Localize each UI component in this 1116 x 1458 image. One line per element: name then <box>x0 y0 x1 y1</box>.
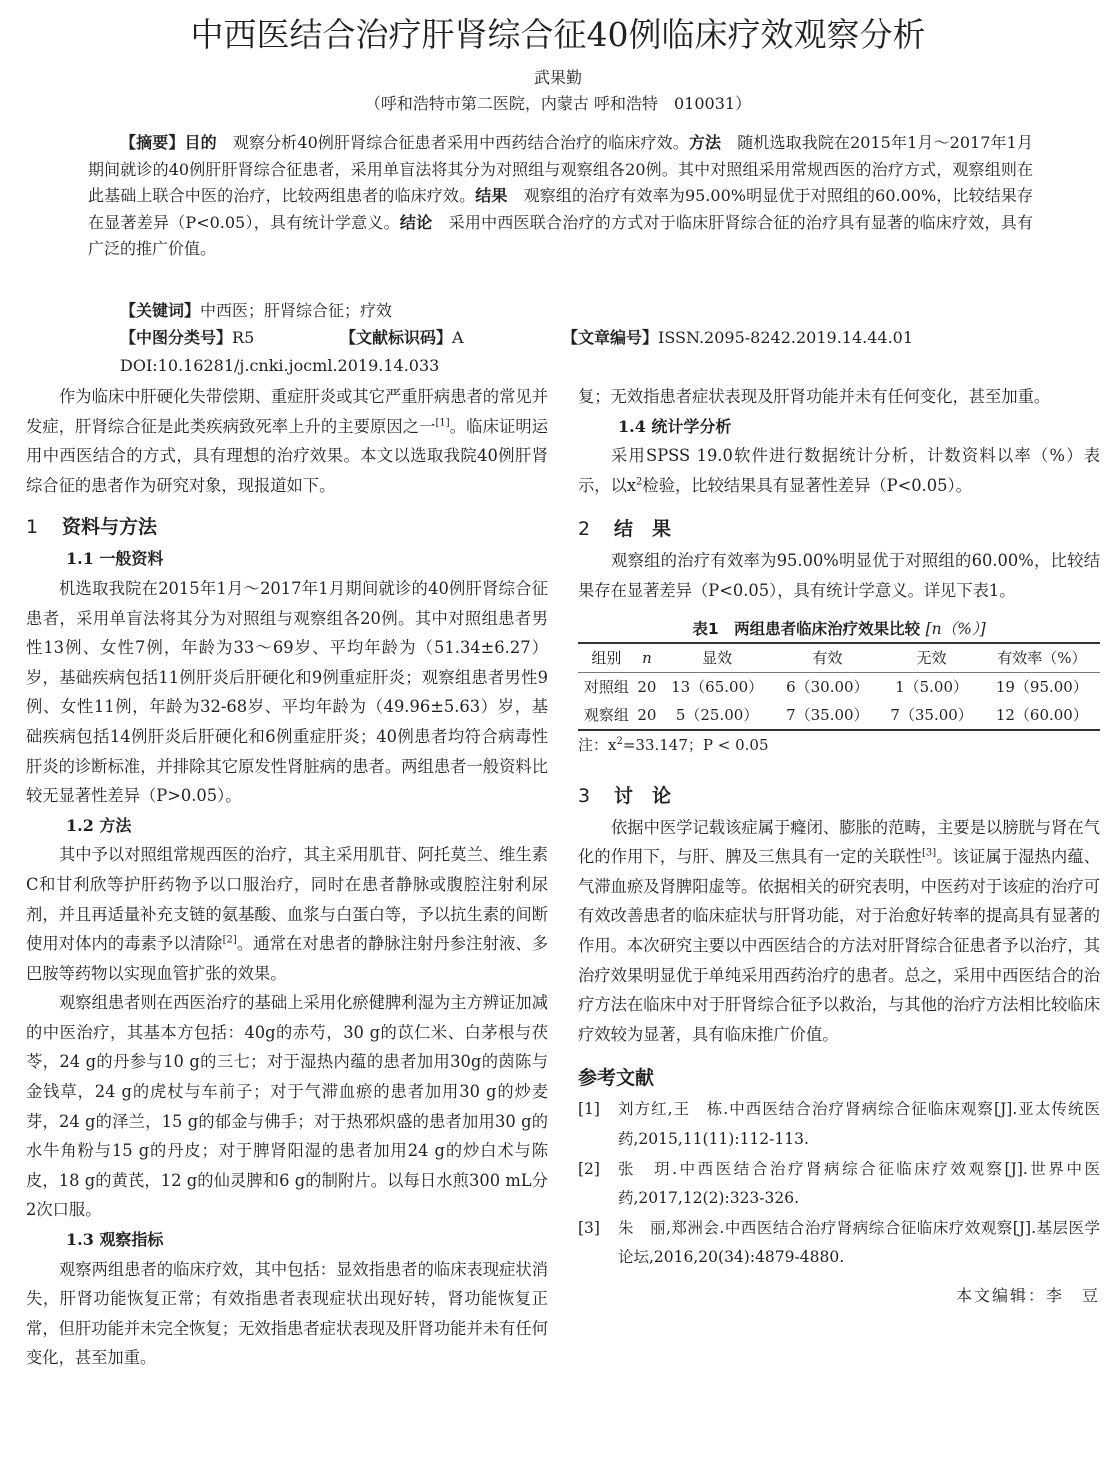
section-title: 讨 论 <box>614 785 671 807</box>
cell-n: 20 <box>635 672 659 701</box>
doi[interactable]: DOI:10.16281/j.cnki.jocml.2019.14.033 <box>120 353 439 379</box>
subsection-1-4-heading: 1.4 统计学分析 <box>578 412 1100 442</box>
reference-item: [3]朱 丽,郑洲会.中西医结合治疗肾病综合征临床疗效观察[J].基层医学论坛,… <box>578 1214 1100 1273</box>
note-text-cont: =33.147；P < 0.05 <box>623 736 769 754</box>
classification-label: 【中图分类号】 <box>120 328 232 347</box>
table-title-unit: [n（%）] <box>926 620 986 638</box>
col-header-effective: 有效 <box>775 643 879 673</box>
purpose-text: 观察分析40例肝肾综合征患者采用中西药结合治疗的临床疗效。 <box>217 133 689 152</box>
cell-group: 观察组 <box>578 701 635 730</box>
subsection-1-4-text: 采用SPSS 19.0软件进行数据统计分析，计数资料以率（%）表示，以x2检验，… <box>578 441 1100 500</box>
article-number: 【文章编号】ISSN.2095-8242.2019.14.44.01 <box>562 325 913 351</box>
note-text: 注：x <box>578 736 616 754</box>
section-title: 资料与方法 <box>62 516 157 538</box>
subsection-1-2-paragraph-2: 观察组患者则在西医治疗的基础上采用化瘀健脾利湿为主方辨证加减的中医治疗，其基本方… <box>26 988 548 1225</box>
section-number: 1 <box>26 512 62 542</box>
affiliation: （呼和浩特市第二医院，内蒙古 呼和浩特 010031） <box>0 92 1116 116</box>
subsection-1-2-heading: 1.2 方法 <box>26 811 548 841</box>
results-table: 组别 n 显效 有效 无效 有效率（%） 对照组 20 13（65.00） 6（… <box>578 642 1100 731</box>
author: 武果勤 <box>0 66 1116 90</box>
subsection-1-2-paragraph-1: 其中予以对照组常规西医的治疗，其主采用肌苷、阿托莫兰、维生素C和甘利欣等护肝药物… <box>26 840 548 988</box>
reference-text: 朱 丽,郑洲会.中西医结合治疗肾病综合征临床疗效观察[J].基层医学论坛,201… <box>618 1214 1100 1273</box>
document-code-value: A <box>452 328 464 347</box>
method-label: 方法 <box>689 133 721 152</box>
subsection-1-1-heading: 1.1 一般资料 <box>26 544 548 574</box>
subsection-1-3-heading: 1.3 观察指标 <box>26 1225 548 1255</box>
right-column: 复；无效指患者症状表现及肝肾功能并未有任何变化，甚至加重。 1.4 统计学分析 … <box>578 382 1100 1311</box>
subsection-1-3-text: 观察两组患者的临床疗效，其中包括：显效指患者的临床表现症状消失，肝肾功能恢复正常… <box>26 1255 548 1373</box>
table-title-text: 表1 两组患者临床治疗效果比较 <box>692 620 920 638</box>
table-row: 观察组 20 5（25.00） 7（35.00） 7（35.00） 12（60.… <box>578 701 1100 730</box>
discussion-text-cont: 。该证属于湿热内蕴、气滞血瘀及肾脾阳虚等。依据相关的研究表明，中医药对于该症的治… <box>578 847 1100 1044</box>
article-number-label: 【文章编号】 <box>562 328 658 347</box>
classification-value: R5 <box>232 328 254 347</box>
article-number-value: ISSN.2095-8242.2019.14.44.01 <box>658 328 913 347</box>
reference-item: [1]刘方红,王 栋.中西医结合治疗肾病综合征临床观察[J].亚太传统医药,20… <box>578 1095 1100 1154</box>
intro-paragraph: 作为临床中肝硬化失带偿期、重症肝炎或其它严重肝病患者的常见并发症，肝肾综合征是此… <box>26 382 548 500</box>
table-row: 对照组 20 13（65.00） 6（30.00） 1（5.00） 19（95.… <box>578 672 1100 701</box>
references-heading: 参考文献 <box>578 1063 1100 1093</box>
cell-rate: 19（95.00） <box>984 672 1100 701</box>
reference-text: 刘方红,王 栋.中西医结合治疗肾病综合征临床观察[J].亚太传统医药,2015,… <box>618 1095 1100 1154</box>
section-3-text: 依据中医学记载该症属于癃闭、膨胀的范畴，主要是以膀胱与肾在气化的作用下，与肝、脾… <box>578 813 1100 1050</box>
reference-item: [2]张 玥.中西医结合治疗肾病综合征临床疗效观察[J].世界中医药,2017,… <box>578 1155 1100 1214</box>
cell-group: 对照组 <box>578 672 635 701</box>
cell-effective: 6（30.00） <box>775 672 879 701</box>
table-note: 注：x2=33.147；P < 0.05 <box>578 731 1100 759</box>
section-number: 2 <box>578 514 614 544</box>
citation-3[interactable]: [3] <box>922 848 936 859</box>
section-number: 3 <box>578 781 614 811</box>
col-header-marked: 显效 <box>659 643 775 673</box>
reference-number: [2] <box>578 1155 618 1214</box>
section-2-text: 观察组的治疗有效率为95.00%明显优于对照组的60.00%，比较结果存在显著差… <box>578 546 1100 605</box>
keywords-label: 【关键词】 <box>120 301 200 320</box>
table-1-title: 表1 两组患者临床治疗效果比较 [n（%）] <box>578 616 1100 642</box>
table-header-row: 组别 n 显效 有效 无效 有效率（%） <box>578 643 1100 673</box>
section-1-heading: 1资料与方法 <box>26 512 548 542</box>
keywords-value: 中西医；肝肾综合征；疗效 <box>200 301 392 320</box>
cell-ineffective: 1（5.00） <box>879 672 983 701</box>
citation-2[interactable]: [2] <box>223 935 237 946</box>
cell-marked: 13（65.00） <box>659 672 775 701</box>
document-code-label: 【文献标识码】 <box>340 328 452 347</box>
document-code: 【文献标识码】A <box>340 325 464 351</box>
section-3-heading: 3讨 论 <box>578 781 1100 811</box>
purpose-label: 目的 <box>185 133 217 152</box>
result-label: 结果 <box>475 186 507 205</box>
col-header-rate: 有效率（%） <box>984 643 1100 673</box>
reference-number: [1] <box>578 1095 618 1154</box>
conclusion-label: 结论 <box>400 213 432 232</box>
keywords: 【关键词】中西医；肝肾综合征；疗效 <box>120 298 392 324</box>
article-title: 中西医结合治疗肝肾综合征40例临床疗效观察分析 <box>0 12 1116 58</box>
stats-text-cont: 检验，比较结果具有显著性差异（P<0.05）。 <box>642 476 972 495</box>
section-title: 结 果 <box>614 518 671 540</box>
cell-n: 20 <box>635 701 659 730</box>
section-2-heading: 2结 果 <box>578 514 1100 544</box>
subsection-1-3-continuation: 复；无效指患者症状表现及肝肾功能并未有任何变化，甚至加重。 <box>578 382 1100 412</box>
cell-ineffective: 7（35.00） <box>879 701 983 730</box>
col-header-n: n <box>635 643 659 673</box>
classification: 【中图分类号】R5 <box>120 325 254 351</box>
left-column: 作为临床中肝硬化失带偿期、重症肝炎或其它严重肝病患者的常见并发症，肝肾综合征是此… <box>26 382 548 1373</box>
abstract-label: 【摘要】 <box>120 133 185 152</box>
cell-rate: 12（60.00） <box>984 701 1100 730</box>
col-header-ineffective: 无效 <box>879 643 983 673</box>
col-header-group: 组别 <box>578 643 635 673</box>
cell-marked: 5（25.00） <box>659 701 775 730</box>
abstract: 【摘要】目的 观察分析40例肝肾综合征患者采用中西药结合治疗的临床疗效。方法 随… <box>88 130 1033 263</box>
editor-credit: 本文编辑：李 豆 <box>578 1281 1100 1311</box>
subsection-1-1-text: 机选取我院在2015年1月～2017年1月期间就诊的40例肝肾综合征患者，采用单… <box>26 574 548 811</box>
reference-text: 张 玥.中西医结合治疗肾病综合征临床疗效观察[J].世界中医药,2017,12(… <box>618 1155 1100 1214</box>
reference-number: [3] <box>578 1214 618 1273</box>
cell-effective: 7（35.00） <box>775 701 879 730</box>
citation-1[interactable]: [1] <box>436 417 450 428</box>
